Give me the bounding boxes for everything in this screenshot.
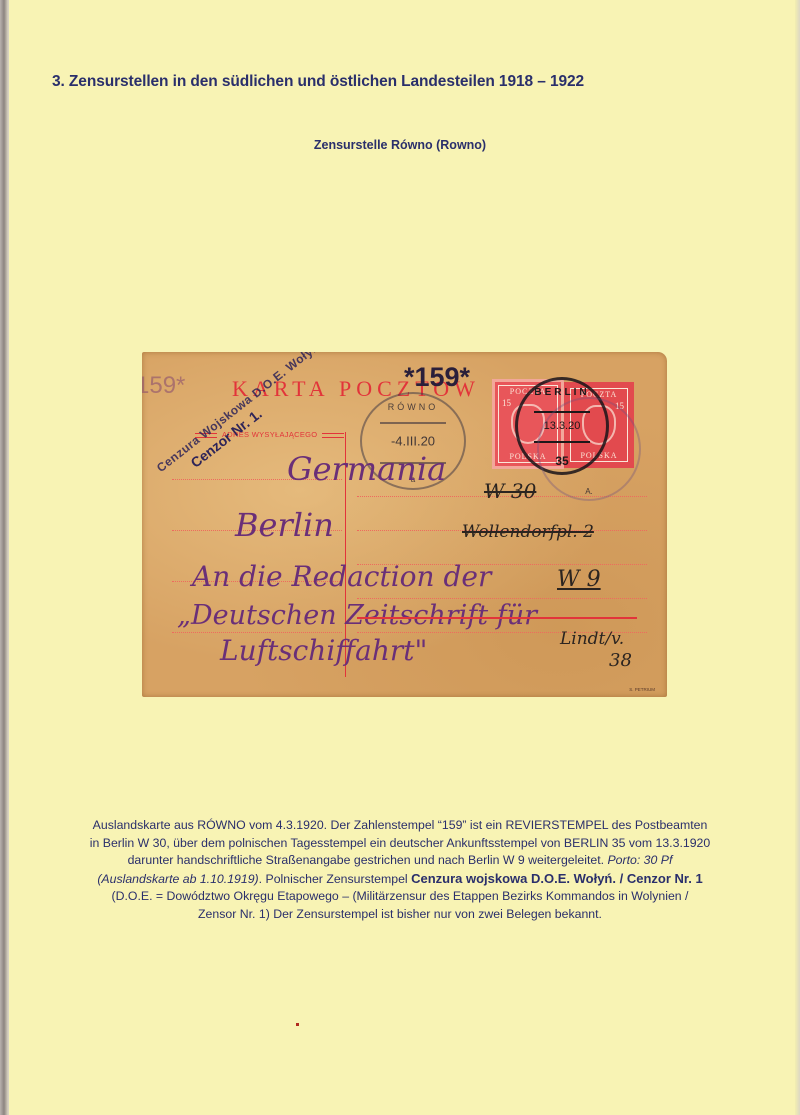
address-handwriting-line3: An die Redaction der [192, 560, 491, 593]
address-handwriting-line2: Berlin [235, 506, 334, 544]
caption-line: (Auslandskarte ab 1.10.1919). Polnischer… [40, 870, 760, 889]
caption-line: Auslandskarte aus RÓWNO vom 4.3.1920. De… [40, 817, 760, 835]
scan-edge-left [0, 0, 9, 1115]
printer-mark: S. PETRIUM [629, 687, 655, 692]
address-handwriting-w9: W 9 [557, 567, 601, 592]
caption-censor-name: Cenzura wojskowa D.O.E. Wołyń. / Cenzor … [411, 871, 703, 886]
page-heading: 3. Zensurstellen in den südlichen und ös… [52, 73, 584, 91]
revier-stamp-faint: 159* [142, 372, 185, 400]
caption-text: . Polnischer Zensurstempel [259, 872, 411, 886]
stamp-value: 15 [502, 398, 511, 408]
caption-line: Zensor Nr. 1) Der Zensurstempel ist bish… [40, 906, 760, 924]
postmark-bar [380, 422, 445, 424]
postmark-berlin-ghost: A. [537, 397, 641, 501]
red-strike-line [357, 617, 637, 619]
revier-stamp: *159* [404, 362, 470, 393]
description-caption: Auslandskarte aus RÓWNO vom 4.3.1920. De… [40, 817, 760, 923]
address-handwriting-line5: Luftschiffahrt" [220, 634, 427, 667]
address-handwriting-street: Wollendorfpl. 2 [462, 522, 594, 542]
address-handwriting-w30: W 30 [484, 479, 536, 503]
address-handwriting-lindt: Lindt/v. [560, 629, 624, 649]
postmark-rowno-town: RÓWNO [362, 402, 464, 412]
address-handwriting-line1: Germania [287, 450, 446, 488]
address-handwriting-38: 38 [609, 650, 632, 671]
caption-line: (D.O.E. = Dowództwo Okręgu Etapowego – (… [40, 888, 760, 906]
address-handwriting-line4: „Deutschen Zeitschrift für [177, 600, 537, 631]
postmark-rowno-date: -4.III.20 [391, 434, 435, 449]
page-subheading: Zensurstelle Równo (Rowno) [0, 138, 800, 152]
postmark-berlin-suffix: A. [539, 487, 639, 496]
caption-text: darunter handschriftliche Straßenangabe … [128, 853, 608, 867]
caption-auslandskarte: (Auslandskarte ab 1.10.1919) [97, 872, 258, 886]
caption-line: darunter handschriftliche Straßenangabe … [40, 852, 760, 870]
scan-edge-right [795, 0, 800, 1115]
caption-porto: Porto: 30 Pf [607, 853, 672, 867]
address-line [357, 598, 647, 599]
red-dot-mark [296, 1023, 299, 1026]
address-line [172, 632, 342, 633]
postcard-image: 159* KARTA POCZTOW *159* ADRES WYSYŁAJĄC… [142, 352, 667, 697]
caption-line: in Berlin W 30, über dem polnischen Tage… [40, 835, 760, 853]
